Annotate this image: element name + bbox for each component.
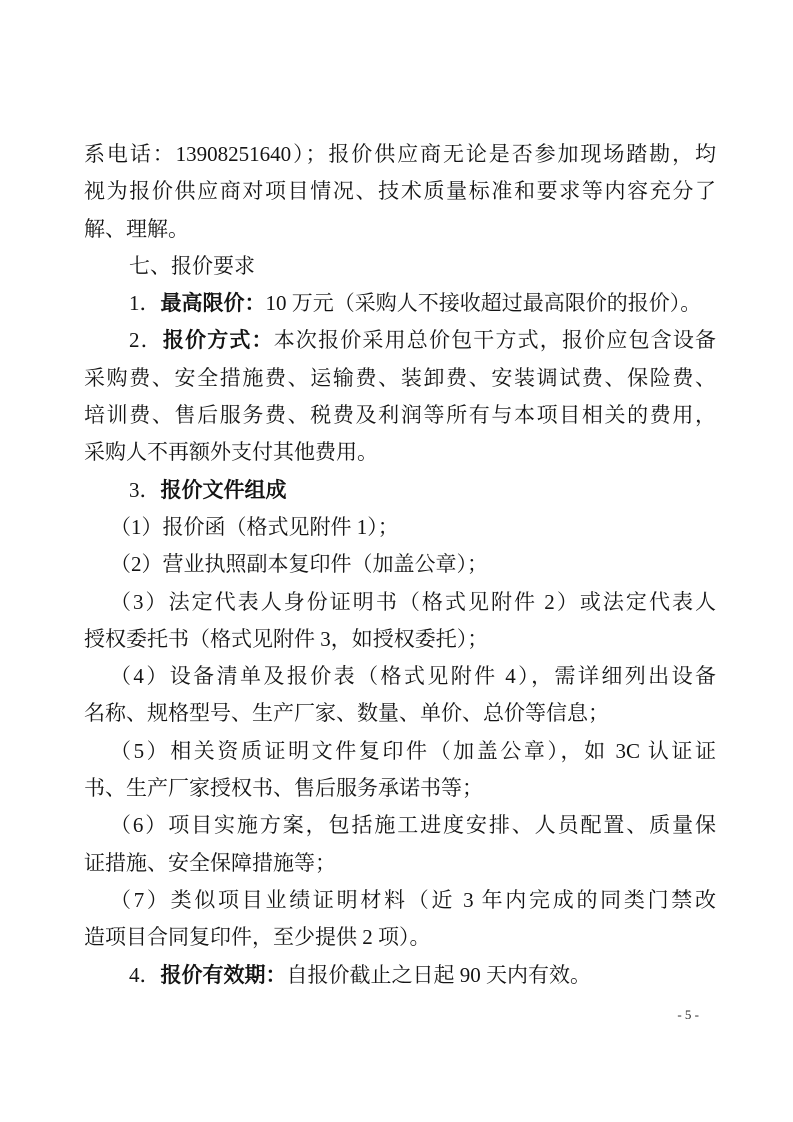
item-3-quotation-document-composition: 3．报价文件组成 — [84, 472, 716, 509]
text-run: （3）法定代表人身份证明书（格式见附件 2）或法定代表人 — [110, 590, 716, 614]
text-run: 视为报价供应商对项目情况、技术质量标准和要求等内容充分了 — [84, 179, 716, 203]
subitem-4-equipment-list-and-quotation-table: （4）设备清单及报价表（格式见附件 4），需详细列出设备名称、规格型号、生产厂家… — [84, 658, 716, 733]
text-run: 名称、规格型号、生产厂家、数量、单价、总价等信息； — [84, 701, 609, 725]
subitem-3-legal-representative-certificate: （3）法定代表人身份证明书（格式见附件 2）或法定代表人授权委托书（格式见附件 … — [84, 584, 716, 659]
text-run: 造项目合同复印件，至少提供 2 项）。 — [84, 925, 431, 949]
text-line: 1．最高限价：10 万元（采购人不接收超过最高限价的报价）。 — [84, 285, 716, 322]
text-line: 采购人不再额外支付其他费用。 — [84, 434, 716, 471]
text-run: 1． — [129, 291, 161, 315]
text-run: （5）相关资质证明文件复印件（加盖公章），如 3C 认证证 — [110, 739, 716, 763]
text-line: 名称、规格型号、生产厂家、数量、单价、总价等信息； — [84, 695, 716, 732]
item-2-quotation-method: 2．报价方式：本次报价采用总价包干方式，报价应包含设备采购费、安全措施费、运输费… — [84, 322, 716, 471]
text-line: （3）法定代表人身份证明书（格式见附件 2）或法定代表人 — [84, 584, 716, 621]
text-run: （1）报价函（格式见附件 1）； — [110, 515, 399, 539]
text-line: 造项目合同复印件，至少提供 2 项）。 — [84, 919, 716, 956]
text-run: 解、理解。 — [84, 217, 189, 241]
text-run: 书、生产厂家授权书、售后服务承诺书等； — [84, 776, 483, 800]
text-line: 授权委托书（格式见附件 3，如授权委托）； — [84, 621, 716, 658]
emphasis-run: 报价文件组成 — [161, 479, 287, 502]
text-line: 证措施、安全保障措施等； — [84, 845, 716, 882]
subitem-1-quotation-letter: （1）报价函（格式见附件 1）； — [84, 509, 716, 546]
subitem-5-qualification-certificates: （5）相关资质证明文件复印件（加盖公章），如 3C 认证证书、生产厂家授权书、售… — [84, 733, 716, 808]
text-line: 七、报价要求 — [84, 248, 716, 285]
subitem-6-implementation-plan: （6）项目实施方案，包括施工进度安排、人员配置、质量保证措施、安全保障措施等； — [84, 807, 716, 882]
text-run: 系电话：13908251640）；报价供应商无论是否参加现场踏勘，均 — [84, 142, 716, 166]
text-line: （2）营业执照副本复印件（加盖公章）； — [84, 546, 716, 583]
item-1-maximum-price-limit: 1．最高限价：10 万元（采购人不接收超过最高限价的报价）。 — [84, 285, 716, 322]
item-4-quotation-validity-period: 4．报价有效期：自报价截止之日起 90 天内有效。 — [84, 957, 716, 994]
emphasis-run: 报价方式： — [163, 329, 274, 352]
text-line: 采购费、安全措施费、运输费、装卸费、安装调试费、保险费、 — [84, 360, 716, 397]
text-run: 七、报价要求 — [129, 254, 255, 278]
text-run: 10 万元（采购人不接收超过最高限价的报价）。 — [266, 291, 702, 315]
text-line: 系电话：13908251640）；报价供应商无论是否参加现场踏勘，均 — [84, 136, 716, 173]
text-run: 授权委托书（格式见附件 3，如授权委托）； — [84, 627, 488, 651]
para-site-survey-continuation: 系电话：13908251640）；报价供应商无论是否参加现场踏勘，均视为报价供应… — [84, 136, 716, 248]
text-line: 书、生产厂家授权书、售后服务承诺书等； — [84, 770, 716, 807]
text-line: 视为报价供应商对项目情况、技术质量标准和要求等内容充分了 — [84, 173, 716, 210]
page-number: - 5 - — [677, 1006, 699, 1024]
text-line: 培训费、售后服务费、税费及利润等所有与本项目相关的费用， — [84, 397, 716, 434]
text-line: （4）设备清单及报价表（格式见附件 4），需详细列出设备 — [84, 658, 716, 695]
text-run: 证措施、安全保障措施等； — [84, 851, 336, 875]
emphasis-run: 报价有效期： — [161, 964, 287, 987]
text-line: （5）相关资质证明文件复印件（加盖公章），如 3C 认证证 — [84, 733, 716, 770]
text-run: （4）设备清单及报价表（格式见附件 4），需详细列出设备 — [110, 664, 716, 688]
emphasis-run: 最高限价： — [161, 292, 266, 315]
text-run: （6）项目实施方案，包括施工进度安排、人员配置、质量保 — [110, 813, 716, 837]
document-body: 系电话：13908251640）；报价供应商无论是否参加现场踏勘，均视为报价供应… — [84, 136, 716, 994]
text-line: （7）类似项目业绩证明材料（近 3 年内完成的同类门禁改 — [84, 882, 716, 919]
text-run: 自报价截止之日起 90 天内有效。 — [287, 963, 592, 987]
document-page: 系电话：13908251640）；报价供应商无论是否参加现场踏勘，均视为报价供应… — [0, 0, 793, 1122]
text-line: （6）项目实施方案，包括施工进度安排、人员配置、质量保 — [84, 807, 716, 844]
text-run: 采购费、安全措施费、运输费、装卸费、安装调试费、保险费、 — [84, 366, 716, 390]
text-line: （1）报价函（格式见附件 1）； — [84, 509, 716, 546]
text-line: 2．报价方式：本次报价采用总价包干方式，报价应包含设备 — [84, 322, 716, 359]
text-run: 2． — [129, 328, 163, 352]
text-line: 4．报价有效期：自报价截止之日起 90 天内有效。 — [84, 957, 716, 994]
text-run: 采购人不再额外支付其他费用。 — [84, 440, 378, 464]
text-line: 解、理解。 — [84, 211, 716, 248]
text-run: 本次报价采用总价包干方式，报价应包含设备 — [274, 328, 716, 352]
subitem-7-similar-project-performance: （7）类似项目业绩证明材料（近 3 年内完成的同类门禁改造项目合同复印件，至少提… — [84, 882, 716, 957]
text-run: 培训费、售后服务费、税费及利润等所有与本项目相关的费用， — [84, 403, 716, 427]
subitem-2-business-license-copy: （2）营业执照副本复印件（加盖公章）； — [84, 546, 716, 583]
text-line: 3．报价文件组成 — [84, 472, 716, 509]
heading-section-7-quotation-requirements: 七、报价要求 — [84, 248, 716, 285]
text-run: 4． — [129, 963, 161, 987]
text-run: （7）类似项目业绩证明材料（近 3 年内完成的同类门禁改 — [110, 888, 716, 912]
text-run: （2）营业执照副本复印件（加盖公章）； — [110, 552, 488, 576]
text-run: 3． — [129, 478, 161, 502]
